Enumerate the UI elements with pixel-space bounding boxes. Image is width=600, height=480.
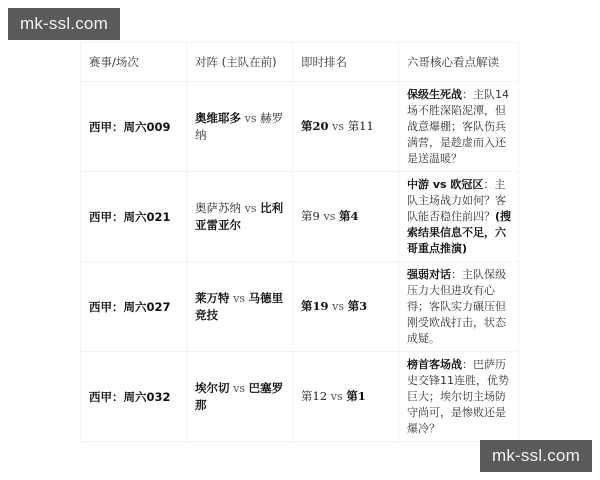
- vs-label: vs: [332, 120, 344, 133]
- away-rank: 第3: [348, 299, 368, 313]
- watermark-bottom: mk-ssl.com: [480, 440, 592, 472]
- analysis-cell: 中游 vs 欧冠区：主队主场战力如何？客队能否稳住前四？(搜索结果信息不足，六哥…: [399, 172, 519, 262]
- home-rank: 第12: [301, 389, 327, 403]
- vs-label: vs: [331, 390, 343, 403]
- home-team: 奥维耶多: [195, 111, 241, 125]
- home-rank: 第20: [301, 119, 329, 133]
- table-row: 西甲：周六032 埃尔切 vs 巴塞罗那 第12 vs 第1 榜首客场战：巴萨历…: [81, 352, 519, 442]
- ranking-cell: 第19 vs 第3: [293, 262, 399, 352]
- analysis-title: 保级生死战: [407, 88, 462, 101]
- ranking-cell: 第9 vs 第4: [293, 172, 399, 262]
- analysis-title: 中游 vs 欧冠区: [407, 178, 483, 191]
- analysis-title: 强弱对话: [407, 268, 451, 281]
- away-rank: 第1: [346, 389, 366, 403]
- vs-label: vs: [323, 210, 335, 223]
- vs-label: vs: [233, 292, 245, 305]
- match-table: 赛事/场次 对阵 (主队在前) 即时排名 六哥核心看点解读 西甲：周六009 奥…: [80, 42, 519, 442]
- header-fixture: 对阵 (主队在前): [187, 43, 293, 82]
- analysis-cell: 榜首客场战：巴萨历史交锋11连胜，优势巨大；埃尔切主场防守尚可，是惨败还是爆冷？: [399, 352, 519, 442]
- watermark-top: mk-ssl.com: [8, 8, 120, 40]
- table-row: 西甲：周六009 奥维耶多 vs 赫罗纳 第20 vs 第11 保级生死战：主队…: [81, 82, 519, 172]
- analysis-title: 榜首客场战: [407, 358, 462, 371]
- vs-label: vs: [233, 382, 245, 395]
- ranking-cell: 第20 vs 第11: [293, 82, 399, 172]
- fixture-cell: 莱万特 vs 马德里竞技: [187, 262, 293, 352]
- table-row: 西甲：周六021 奥萨苏纳 vs 比利亚雷亚尔 第9 vs 第4 中游 vs 欧…: [81, 172, 519, 262]
- ranking-cell: 第12 vs 第1: [293, 352, 399, 442]
- vs-label: vs: [245, 112, 257, 125]
- match-cell: 西甲：周六009: [81, 82, 187, 172]
- home-rank: 第19: [301, 299, 329, 313]
- table-header-row: 赛事/场次 对阵 (主队在前) 即时排名 六哥核心看点解读: [81, 43, 519, 82]
- page: mk-ssl.com 赛事/场次 对阵 (主队在前) 即时排名 六哥核心看点解读…: [0, 0, 600, 480]
- match-cell: 西甲：周六027: [81, 262, 187, 352]
- fixture-cell: 奥萨苏纳 vs 比利亚雷亚尔: [187, 172, 293, 262]
- analysis-cell: 强弱对话：主队保级压力大但进攻有心得；客队实力碾压但刚受欧战打击，状态成疑。: [399, 262, 519, 352]
- home-team: 莱万特: [195, 291, 230, 305]
- home-rank: 第9: [301, 209, 320, 223]
- match-cell: 西甲：周六021: [81, 172, 187, 262]
- vs-label: vs: [245, 202, 257, 215]
- vs-label: vs: [332, 300, 344, 313]
- home-team: 埃尔切: [195, 381, 230, 395]
- home-team: 奥萨苏纳: [195, 201, 241, 215]
- header-analysis: 六哥核心看点解读: [399, 43, 519, 82]
- header-match: 赛事/场次: [81, 43, 187, 82]
- away-rank: 第11: [348, 119, 374, 133]
- fixture-cell: 埃尔切 vs 巴塞罗那: [187, 352, 293, 442]
- analysis-cell: 保级生死战：主队14场不胜深陷泥潭，但战意爆棚；客队伤兵满营，是趁虚而入还是送温…: [399, 82, 519, 172]
- table-row: 西甲：周六027 莱万特 vs 马德里竞技 第19 vs 第3 强弱对话：主队保…: [81, 262, 519, 352]
- match-cell: 西甲：周六032: [81, 352, 187, 442]
- fixture-cell: 奥维耶多 vs 赫罗纳: [187, 82, 293, 172]
- away-rank: 第4: [339, 209, 359, 223]
- header-ranking: 即时排名: [293, 43, 399, 82]
